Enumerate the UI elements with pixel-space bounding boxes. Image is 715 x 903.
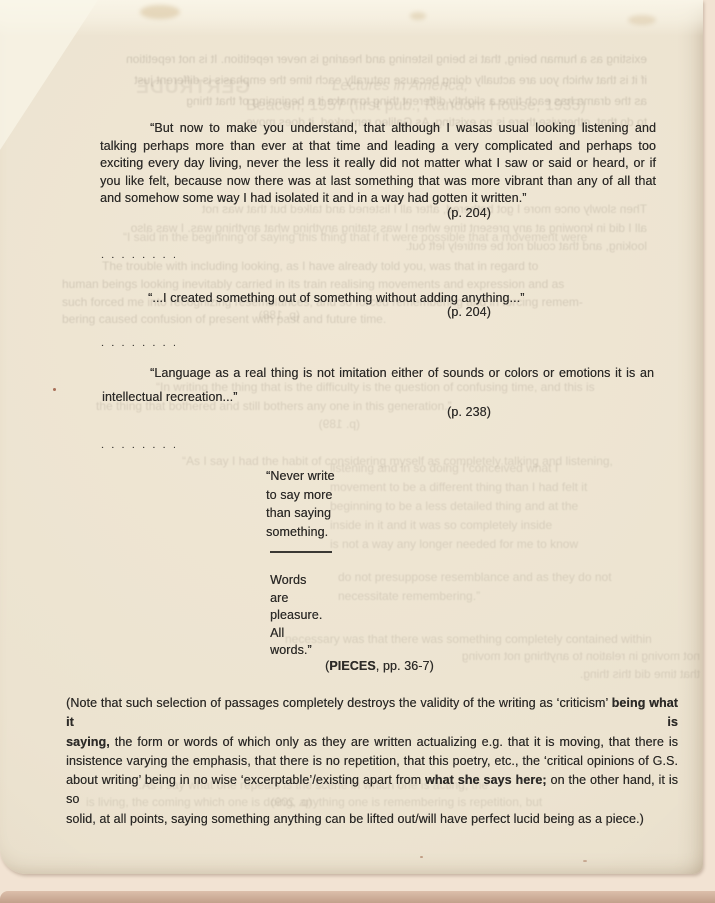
paper-page: existing as a human being, that is being… (0, 0, 703, 874)
text-line: bering caused confusion of present with … (62, 311, 662, 329)
ghost-page-number-188: (p. 188) (240, 305, 300, 325)
text-line: words.” (270, 642, 322, 660)
note-line: solid, at all points, saying something a… (66, 810, 678, 829)
dots-separator-2: ........ (101, 335, 183, 353)
page-top-edge (0, 0, 703, 36)
ghost-offset-block-5: do not presuppose resemblance and as the… (338, 568, 703, 606)
ghost-publication-line: Beacon, 1957 (first pub., Random House, … (246, 96, 586, 116)
note-line: saying, the form or words of which only … (66, 733, 678, 752)
ghost-publication-title: Lectures in America, (332, 76, 468, 96)
text-line: listening and in so doing I conceived wh… (330, 459, 703, 478)
text-line: movement to be a different thing than I … (330, 478, 703, 497)
text-line: pleasure. (270, 607, 322, 625)
scanned-document: existing as a human being, that is being… (0, 0, 715, 903)
note-text: (Note that such selection of passages co… (66, 696, 608, 710)
citation-pieces: (PIECES, pp. 36-7) (325, 658, 434, 676)
note-text: solid, at all points, saying something a… (66, 812, 644, 826)
citation-3: (p. 238) (447, 404, 491, 422)
text-line: necessitate remembering.” (338, 587, 703, 606)
citation-2: (p. 204) (447, 304, 491, 322)
text-line: than saying (266, 504, 335, 523)
text-line: inside in it and it was so completely in… (330, 516, 703, 535)
text-line: is not a way any longer needed for me to… (330, 535, 703, 554)
ghost-page-number-189: (p. 189) (300, 414, 360, 434)
paper-stain (628, 15, 656, 25)
text-line: existing as a human being, that is being… (55, 49, 647, 70)
poem-never-write: “Never writeto say morethan sayingsometh… (266, 467, 335, 541)
text-line: exciting every day living, never the les… (100, 155, 656, 173)
poem-words-pleasure: Wordsarepleasure.Allwords.” (270, 572, 322, 660)
note-line: about writing’ being in no wise ‘excerpt… (66, 771, 678, 810)
citation-1: (p. 204) (447, 205, 491, 223)
citation-book-title: PIECES (329, 659, 375, 673)
note-text: the form or words of which only as they … (115, 735, 678, 749)
ghost-offset-block-4: listening and in so doing I conceived wh… (330, 459, 703, 554)
text-line: do not presuppose resemblance and as the… (338, 568, 703, 587)
text-line: and somehow some way I had isolated it a… (100, 190, 656, 208)
text-line: beginning to be a less detailed thing an… (330, 497, 703, 516)
note-paragraph: (Note that such selection of passages co… (66, 694, 678, 829)
text-line: intellectual recreation...” (102, 386, 654, 410)
note-text: about writing’ being in no wise ‘excerpt… (66, 773, 421, 787)
ghost-offset-1: “I said in the beginning of saying this … (123, 227, 587, 247)
citation-pages: , pp. 36-7) (376, 659, 434, 673)
text-line: something. (266, 523, 335, 542)
dots-separator-3: ........ (101, 437, 183, 455)
text-line: “But now to make you understand, that al… (100, 120, 656, 138)
dots-separator-1: ........ (101, 247, 183, 265)
quote-paragraph-1: “But now to make you understand, that al… (100, 120, 656, 208)
paper-speck (583, 860, 587, 862)
paper-speck (420, 856, 423, 858)
paper-stain (410, 12, 426, 20)
underlying-page-edge (0, 891, 715, 903)
text-line: you like felt, because now there was at … (100, 173, 656, 191)
quote-paragraph-3: “Language as a real thing is not imitati… (102, 362, 654, 409)
note-text: insistence varying the emphasis, that th… (66, 754, 678, 768)
ghost-title: GERTRUDE (80, 78, 250, 98)
note-bold: what she says here; (425, 773, 547, 787)
text-line: Words (270, 572, 322, 590)
text-line: “Language as a real thing is not imitati… (102, 362, 654, 386)
ghost-offset-block-6: necessary was that there was something c… (285, 629, 652, 649)
text-line: All (270, 625, 322, 643)
text-line: “Never write (266, 467, 335, 486)
paper-stain (140, 5, 180, 19)
note-line: insistence varying the emphasis, that th… (66, 752, 678, 771)
note-bold: saying, (66, 735, 110, 749)
text-line: are (270, 590, 322, 608)
text-line: to say more (266, 486, 335, 505)
horizontal-rule (270, 551, 332, 553)
text-line: talking perhaps more than ever at that t… (100, 138, 656, 156)
paper-speck (53, 388, 56, 391)
note-line: (Note that such selection of passages co… (66, 694, 678, 733)
